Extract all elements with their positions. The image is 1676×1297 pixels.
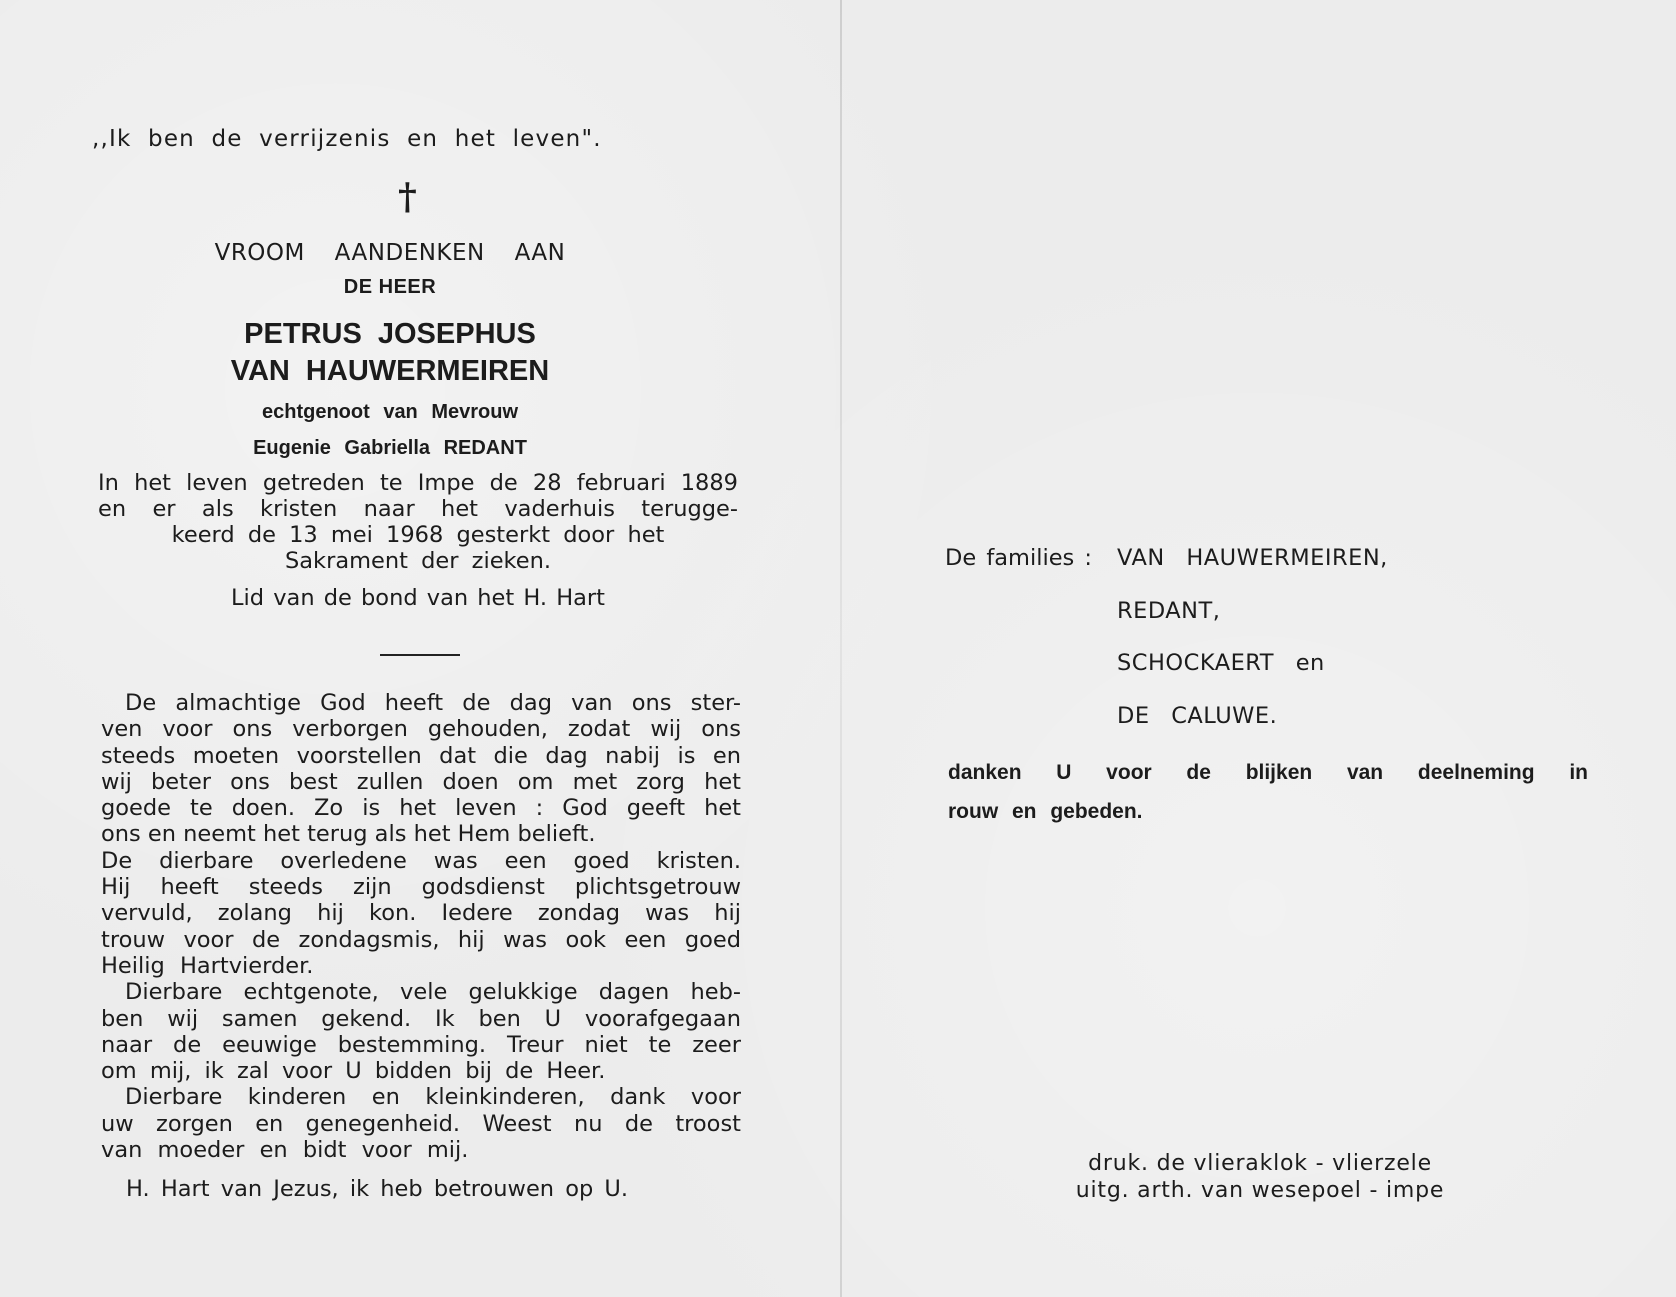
text-line: Dierbare echtgenote, vele gelukkige dage… [101,979,741,1005]
text-line: Heilig Hartvierder. [101,953,741,979]
life-line: keerd de 13 mei 1968 gesterkt door het [98,522,738,548]
thanks-line: danken U voor de blijken van deelneming … [948,753,1588,792]
life-dates-paragraph: In het leven getreden te Impe de 28 febr… [98,470,738,574]
spouse-name: Eugenie Gabriella REDANT [160,437,620,460]
spouse-intro: echtgenoot van Mevrouw [160,401,620,424]
text-line: naar de eeuwige bestemming. Treur niet t… [101,1032,741,1058]
memorial-text: De almachtige God heeft de dag van ons s… [101,690,741,1163]
thanks-message: danken U voor de blijken van deelneming … [948,753,1588,831]
divider-rule [380,654,460,656]
closing-prayer: H. Hart van Jezus, ik heb betrouwen op U… [126,1176,628,1202]
text-line: steeds moeten voorstellen dat die dag na… [101,743,741,769]
text-line: ben wij samen gekend. Ik ben U voorafgeg… [101,1006,741,1032]
text-line: trouw voor de zondagsmis, hij was ook ee… [101,927,741,953]
text-line: Dierbare kinderen en kleinkinderen, dank… [101,1084,741,1110]
publisher-line: uitg. arth. van wesepoel - impe [1040,1177,1480,1204]
text-line: uw zorgen en genegenheid. Weest nu de tr… [101,1111,741,1137]
life-line: en er als kristen naar het vaderhuis ter… [98,496,738,522]
right-page [842,0,1676,1297]
memorial-heading: VROOM AANDENKEN AAN [180,240,600,266]
honorific-title: DE HEER [180,276,600,299]
left-page: ,,Ik ben de verrijzenis en het leven". †… [0,0,840,1297]
family-name: DE CALUWE. [1117,703,1277,729]
text-line: De dierbare overledene was een goed kris… [101,848,741,874]
printer-credit: druk. de vlieraklok - vlierzele uitg. ar… [1040,1150,1480,1204]
printer-line: druk. de vlieraklok - vlierzele [1040,1150,1480,1177]
text-line: van moeder en bidt voor mij. [101,1137,741,1163]
deceased-given-names: PETRUS JOSEPHUS [160,318,620,351]
deceased-surname: VAN HAUWERMEIREN [160,355,620,388]
text-line: wij beter ons best zullen doen om met zo… [101,769,741,795]
membership-line: Lid van de bond van het H. Hart [98,585,738,611]
text-line: De almachtige God heeft de dag van ons s… [101,690,741,716]
text-line: goede te doen. Zo is het leven : God gee… [101,795,741,821]
life-line: In het leven getreden te Impe de 28 febr… [98,470,738,496]
family-name: SCHOCKAERT en [1117,650,1325,676]
text-line: ven voor ons verborgen gehouden, zodat w… [101,716,741,742]
text-line: om mij, ik zal voor U bidden bij de Heer… [101,1058,741,1084]
text-line: Hij heeft steeds zijn godsdienst plichts… [101,874,741,900]
thanks-line: rouw en gebeden. [948,792,1588,831]
life-line: Sakrament der zieken. [98,548,738,574]
bible-quote: ,,Ik ben de verrijzenis en het leven". [92,126,602,152]
families-label: De families : [945,545,1092,571]
cross-icon: † [398,176,417,218]
family-name: VAN HAUWERMEIREN, [1117,545,1388,571]
text-line: vervuld, zolang hij kon. Iedere zondag w… [101,900,741,926]
text-line: ons en neemt het terug als het Hem belie… [101,821,741,847]
family-name: REDANT, [1117,598,1220,624]
